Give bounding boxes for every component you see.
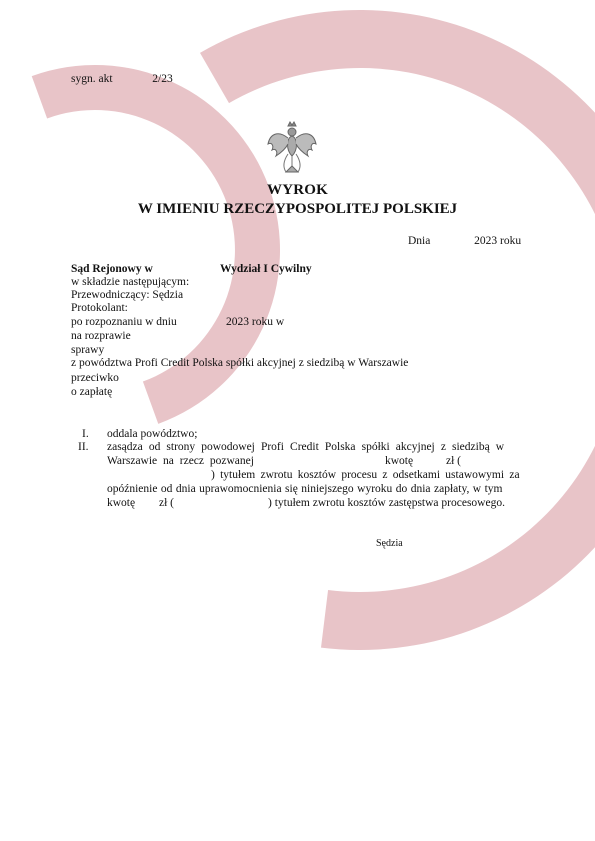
polish-eagle-emblem [264, 120, 320, 176]
hearing-date-value: 2023 roku w [226, 316, 284, 329]
plaintiff-line: z powództwa Profi Credit Polska spółki a… [71, 357, 408, 370]
composition-label: w składzie następującym: [71, 276, 189, 289]
case-number-label: sygn. akt [71, 73, 113, 85]
date-label: Dnia [408, 235, 430, 247]
ruling-2-line-5a: kwotę [107, 497, 135, 510]
document-page: sygn. akt 2/23 WYROK W IMIENIU RZECZYPOS… [0, 0, 595, 841]
court-division: Wydział I Cywilny [220, 263, 312, 276]
presiding-judge-label: Przewodniczący: Sędzia [71, 289, 183, 302]
ruling-2-line-3: ) tytułem zwrotu kosztów procesu z odset… [211, 469, 520, 482]
subject-line: o zapłatę [71, 386, 112, 399]
date-line: Dnia 2023 roku [408, 235, 521, 248]
ruling-2-line-2b: kwotę [385, 455, 413, 468]
signature-label: Sędzia [376, 538, 403, 549]
hearing-type: na rozprawie [71, 330, 131, 343]
case-number-value: 2/23 [152, 73, 172, 85]
ruling-2-line-2a: Warszawie na rzecz pozwanej [107, 455, 254, 468]
hearing-date-prefix: po rozpoznaniu w dniu [71, 316, 177, 329]
against-label: przeciwko [71, 372, 119, 385]
ruling-2-line-2c: zł ( [446, 455, 461, 468]
court-name: Sąd Rejonowy w [71, 263, 153, 276]
document-subtitle: W IMIENIU RZECZYPOSPOLITEJ POLSKIEJ [0, 201, 595, 218]
ruling-2-line-5c: ) tytułem zwrotu kosztów zastępstwa proc… [268, 497, 505, 510]
ruling-2-line-4: opóźnienie od dnia uprawomocnienia się n… [107, 483, 502, 496]
document-title: WYROK [0, 182, 595, 199]
ruling-2-line-1: zasądza od strony powodowej Profi Credit… [107, 441, 524, 454]
case-label: sprawy [71, 344, 104, 357]
clerk-label: Protokolant: [71, 302, 128, 315]
date-value: 2023 roku [474, 235, 521, 247]
case-number: sygn. akt 2/23 [71, 73, 173, 86]
ruling-1-text: oddala powództwo; [107, 428, 197, 441]
ruling-2-line-5b: zł ( [159, 497, 174, 510]
ruling-numeral-1: I. [82, 428, 89, 441]
ruling-numeral-2: II. [78, 441, 89, 454]
